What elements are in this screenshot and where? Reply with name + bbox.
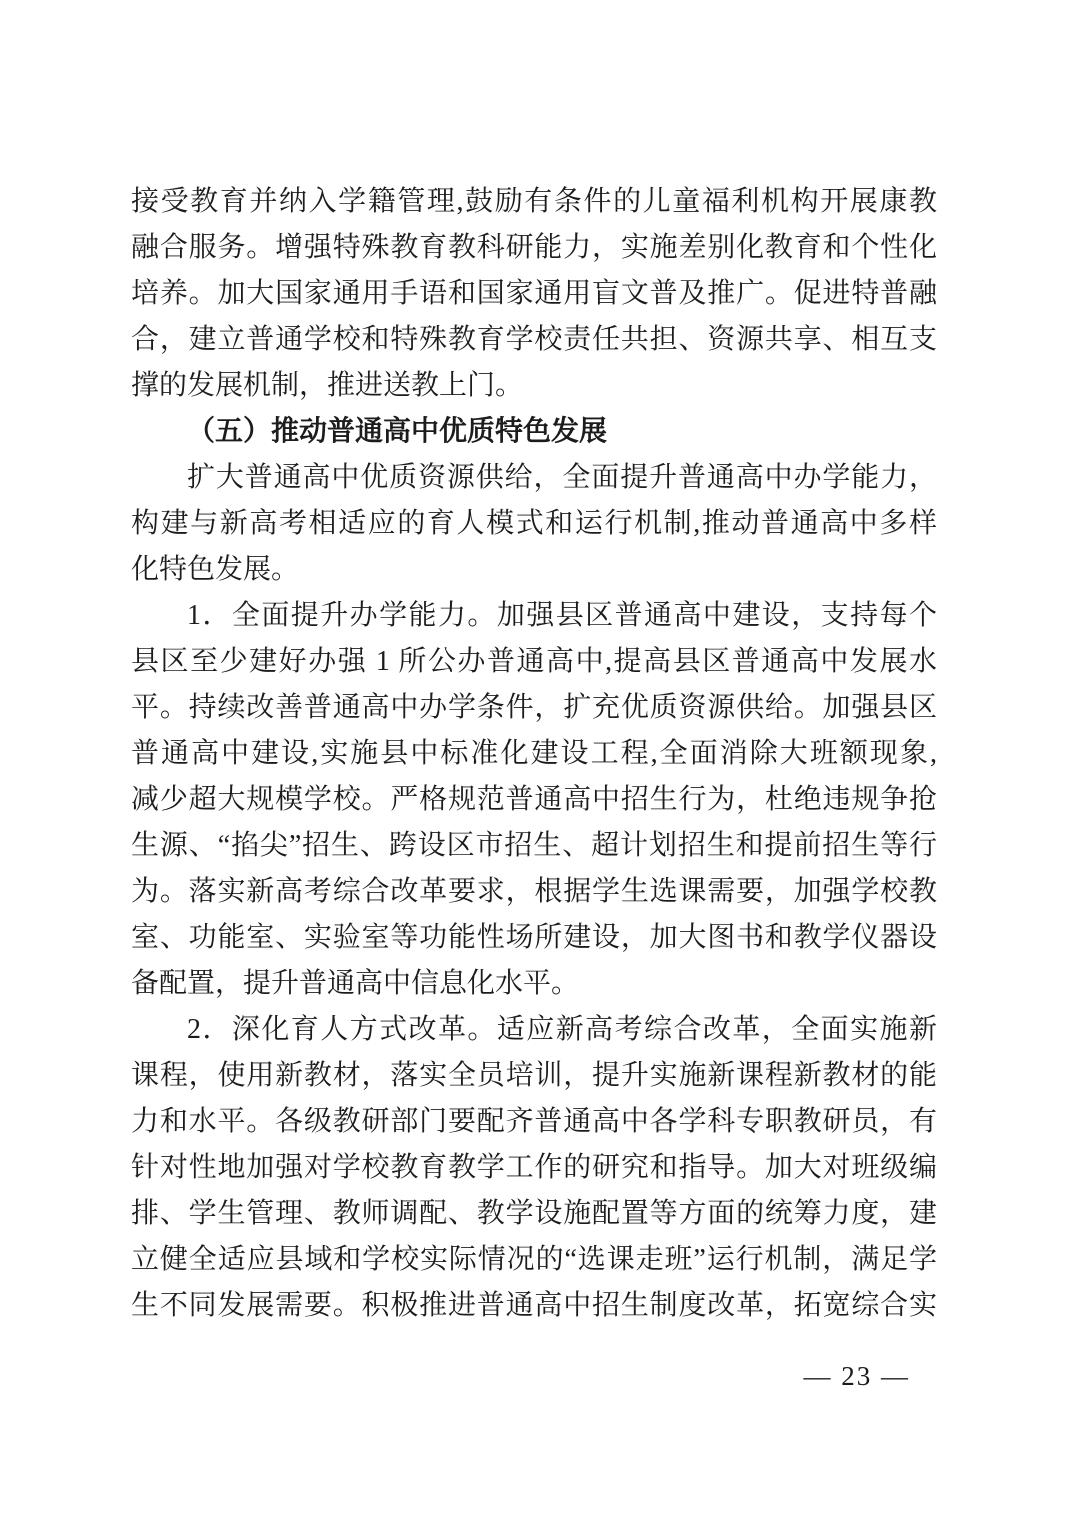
text-line: 备配置，提升普通高中信息化水平。 [131,961,937,1007]
text-line: 室、功能室、实验室等功能性场所建设，加大图书和教学仪器设 [131,915,937,961]
text-line: 立健全适应县域和学校实际情况的“选课走班”运行机制，满足学 [131,1237,937,1283]
text-line: 针对性地加强对学校教育教学工作的研究和指导。加大对班级编 [131,1145,937,1191]
document-page: 接受教育并纳入学籍管理,鼓励有条件的儿童福利机构开展康教融合服务。增强特殊教育教… [0,0,1074,1520]
document-body: 接受教育并纳入学籍管理,鼓励有条件的儿童福利机构开展康教融合服务。增强特殊教育教… [131,179,937,1329]
text-line: 构建与新高考相适应的育人模式和运行机制,推动普通高中多样 [131,501,937,547]
text-line: 合，建立普通学校和特殊教育学校责任共担、资源共享、相互支 [131,317,937,363]
text-line: 生源、“掐尖”招生、跨设区市招生、超计划招生和提前招生等行 [131,823,937,869]
text-line: 排、学生管理、教师调配、教学设施配置等方面的统筹力度，建 [131,1191,937,1237]
text-line: 1．全面提升办学能力。加强县区普通高中建设，支持每个 [131,593,937,639]
text-line: 为。落实新高考综合改革要求，根据学生选课需要，加强学校教 [131,869,937,915]
section-heading: （五）推动普通高中优质特色发展 [131,409,937,455]
text-line: 县区至少建好办强 1 所公办普通高中,提高县区普通高中发展水 [131,639,937,685]
text-line: 融合服务。增强特殊教育教科研能力，实施差别化教育和个性化 [131,225,937,271]
text-line: 减少超大规模学校。严格规范普通高中招生行为，杜绝违规争抢 [131,777,937,823]
text-line: 力和水平。各级教研部门要配齐普通高中各学科专职教研员，有 [131,1099,937,1145]
text-line: 撑的发展机制，推进送教上门。 [131,363,937,409]
paragraph: 2．深化育人方式改革。适应新高考综合改革，全面实施新课程，使用新教材，落实全员培… [131,1007,937,1329]
text-line: 课程，使用新教材，落实全员培训，提升实施新课程新教材的能 [131,1053,937,1099]
text-line: 2．深化育人方式改革。适应新高考综合改革，全面实施新 [131,1007,937,1053]
text-line: 培养。加大国家通用手语和国家通用盲文普及推广。促进特普融 [131,271,937,317]
text-line: 生不同发展需要。积极推进普通高中招生制度改革，拓宽综合实 [131,1283,937,1329]
paragraph: 扩大普通高中优质资源供给，全面提升普通高中办学能力，构建与新高考相适应的育人模式… [131,455,937,593]
paragraph: 接受教育并纳入学籍管理,鼓励有条件的儿童福利机构开展康教融合服务。增强特殊教育教… [131,179,937,409]
page-number: — 23 — [804,1356,911,1396]
text-line: 普通高中建设,实施县中标准化建设工程,全面消除大班额现象, [131,731,937,777]
text-line: （五）推动普通高中优质特色发展 [131,409,937,455]
text-line: 扩大普通高中优质资源供给，全面提升普通高中办学能力， [131,455,937,501]
text-line: 化特色发展。 [131,547,937,593]
text-line: 接受教育并纳入学籍管理,鼓励有条件的儿童福利机构开展康教 [131,179,937,225]
paragraph: 1．全面提升办学能力。加强县区普通高中建设，支持每个县区至少建好办强 1 所公办… [131,593,937,1007]
text-line: 平。持续改善普通高中办学条件，扩充优质资源供给。加强县区 [131,685,937,731]
